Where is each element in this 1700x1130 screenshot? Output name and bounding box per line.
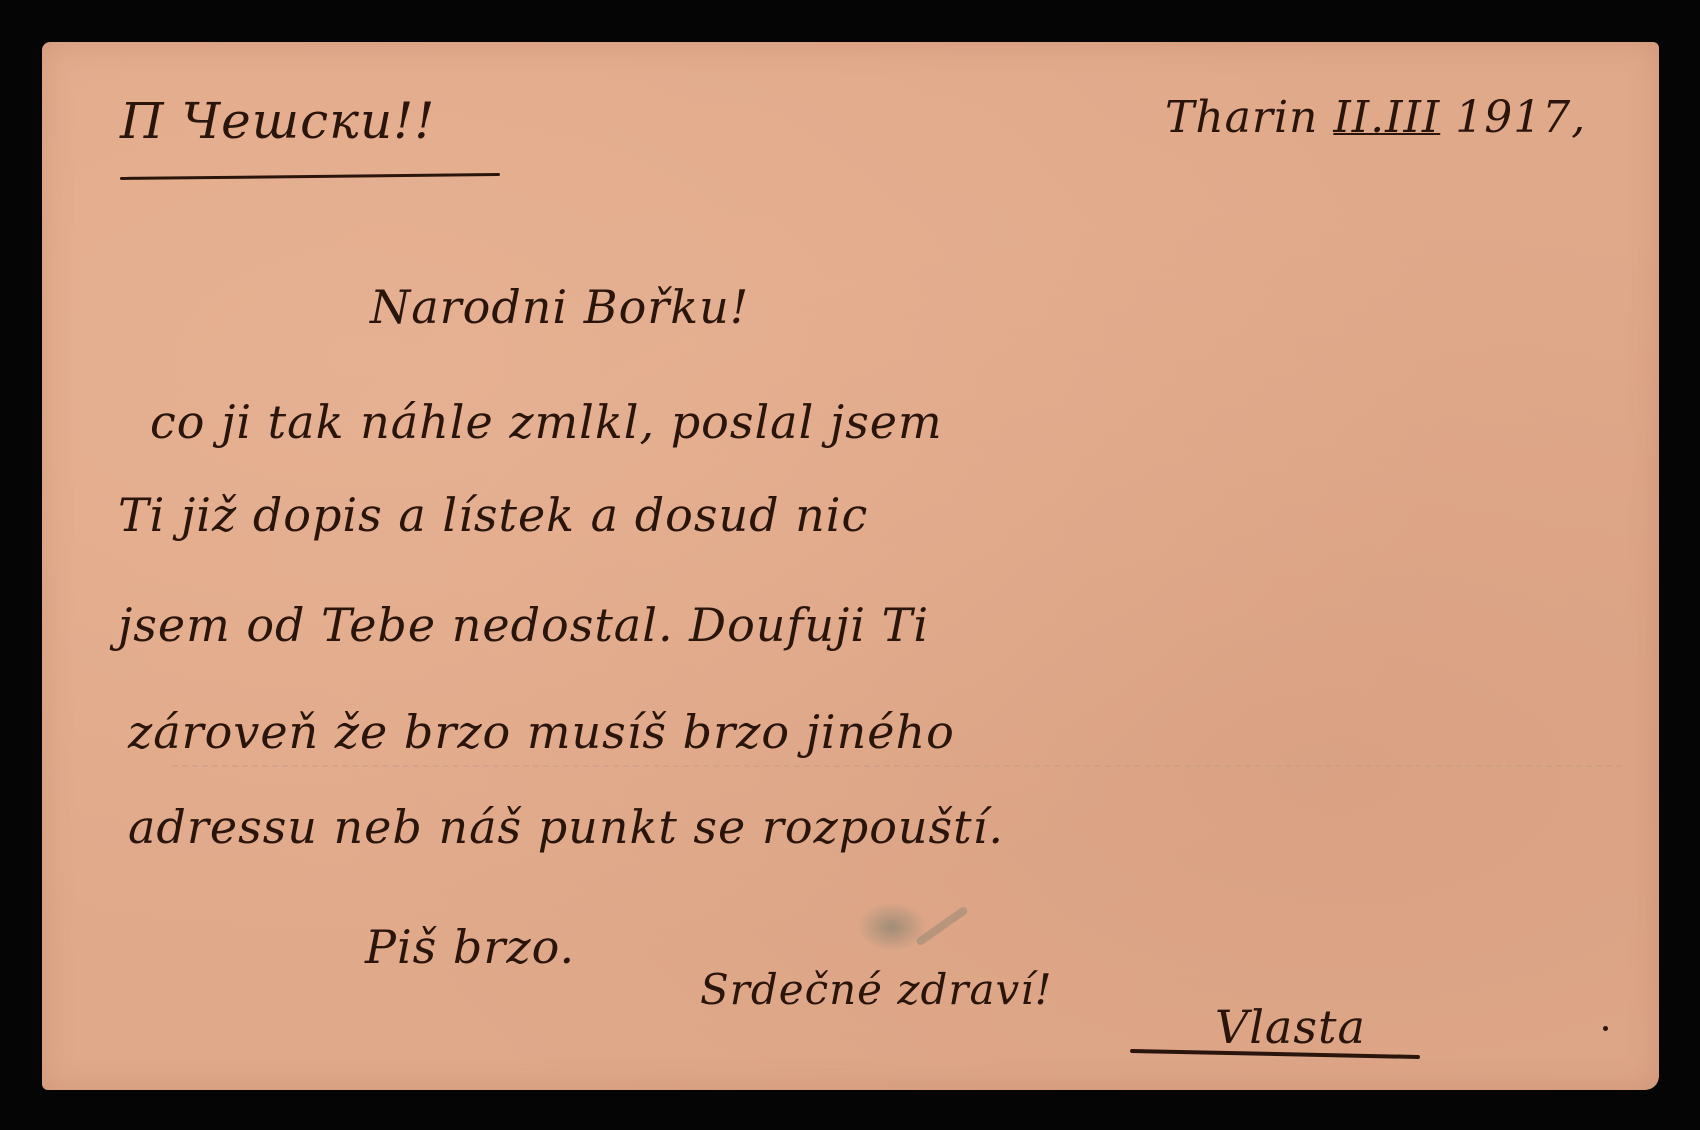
fold-line — [172, 765, 1622, 768]
greeting: Narodni Bořku! — [370, 280, 749, 334]
body-line: Ti již dopis a lístek a dosud nic — [118, 488, 868, 542]
dateline-date: II.III — [1333, 92, 1440, 143]
paper-speck — [1603, 1026, 1608, 1031]
dateline: Tharin II.III 1917, — [1165, 92, 1586, 143]
dateline-place: Tharin — [1165, 92, 1318, 143]
heading: П Чешски!! — [120, 92, 435, 150]
body-line: zároveň že brzo musíš brzo jiného — [128, 705, 955, 759]
body-line: co ji tak náhle zmlkl, poslal jsem — [150, 395, 943, 449]
farewell: Srdečné zdraví! — [700, 965, 1053, 1014]
dateline-year: 1917, — [1455, 92, 1586, 143]
postcard — [42, 42, 1659, 1090]
closing: Piš brzo. — [365, 920, 575, 974]
body-line: adressu neb náš punkt se rozpouští. — [128, 800, 1004, 854]
signature: Vlasta — [1215, 1000, 1366, 1054]
ink-stain — [857, 902, 927, 952]
body-line: jsem od Tebe nedostal. Doufuji Ti — [118, 598, 929, 652]
